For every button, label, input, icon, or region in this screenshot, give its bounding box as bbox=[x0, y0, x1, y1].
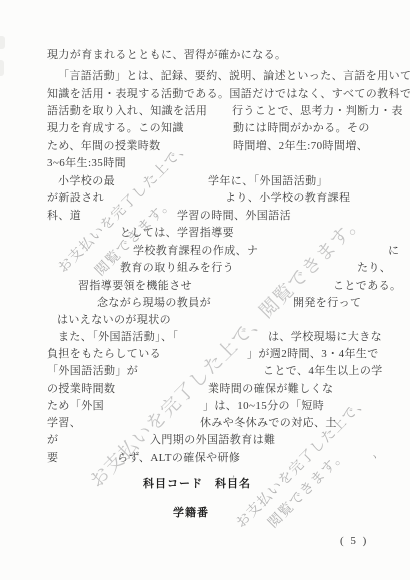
text-line-segment: 入門期の外国語教育は難 bbox=[150, 434, 275, 447]
text-line-segment: 要 bbox=[47, 452, 58, 465]
text-line-segment: 時間増、2年生:70時間増、 bbox=[233, 140, 368, 153]
text-line-segment: 開発を行って bbox=[293, 297, 361, 310]
heading-label: 学籍番 bbox=[173, 507, 209, 520]
text-line-segment: たり、 bbox=[357, 262, 391, 275]
text-line-segment: 行うことで、思考力・判断力・表 bbox=[232, 105, 403, 118]
text-line-segment: 現力を育成する。この知識 bbox=[47, 122, 184, 135]
text-line-segment: は、学校現場に大きな bbox=[268, 331, 382, 344]
text-line-segment: らず、ALTの確保や研修 bbox=[117, 452, 240, 465]
text-line-segment: 念ながら現場の教員が bbox=[97, 297, 211, 310]
text-line-segment: ため、年間の授業時数 bbox=[47, 140, 161, 153]
stray-mark: ʼ bbox=[232, 475, 235, 484]
text-line-segment: 現力が育まれるとともに、習得が確かになる。 bbox=[47, 49, 286, 62]
text-line-segment: に bbox=[388, 245, 399, 258]
text-line-segment: 業時間の確保が難しくな bbox=[208, 383, 333, 396]
text-line-segment: 語活動を取り入れ、知識を活用 bbox=[47, 105, 207, 118]
scan-artifact bbox=[0, 60, 4, 76]
text-line-segment: の授業時間数 bbox=[47, 383, 115, 396]
text-line-segment: 学年に、「外国語活動」 bbox=[208, 175, 328, 188]
scan-artifact bbox=[0, 36, 5, 49]
text-line-segment: が新設され bbox=[47, 192, 104, 205]
text-line-segment: 」が週2時間、3・4年生で bbox=[247, 348, 379, 361]
payment-watermark: お支払いを完了した上で、 bbox=[233, 393, 370, 530]
text-line-segment: 動には時間がかかる。その bbox=[233, 122, 370, 135]
text-line-segment: はいえないのが現状の bbox=[57, 314, 171, 327]
text-line-segment: 教育の取り組みを行う bbox=[120, 262, 234, 275]
text-line-segment: 休みや冬休みでの対応、土 bbox=[200, 417, 337, 430]
text-line-segment: 学習の時間、外国語活 bbox=[177, 210, 291, 223]
stray-mark: ヽ bbox=[370, 453, 379, 462]
text-line-segment: 」は、10~15分の「短時 bbox=[203, 400, 324, 413]
text-line-segment: 科、道 bbox=[47, 210, 81, 223]
text-line-segment: 「言語活動」とは、記録、要約、説明、論述といった、言語を用いて bbox=[58, 70, 410, 83]
text-line-segment: 習指導要領を機能させ bbox=[78, 280, 192, 293]
text-line-segment: ことである。 bbox=[333, 280, 401, 293]
text-line-segment: 知識を活用・表現する活動である。国語だけではなく、すべての教科で言 bbox=[47, 88, 410, 101]
text-line-segment: が bbox=[47, 434, 58, 447]
text-line-segment: 小学校の最 bbox=[58, 175, 115, 188]
text-line-segment: ため「外国 bbox=[47, 400, 104, 413]
document-page: お支払いを完了した上で、閲覧できます。お支払いを完了した上で、閲覧できます。お支… bbox=[0, 0, 410, 580]
text-line-segment: 3~6年生:35時間 bbox=[47, 157, 126, 170]
text-line-segment: 学校教育課程の作成、ナ bbox=[133, 245, 258, 258]
text-line-segment: ことで、4年生以上の学 bbox=[263, 365, 383, 378]
text-line-segment: より、小学校の教育課程 bbox=[225, 192, 350, 205]
text-line-segment: 「外国語活動」が bbox=[47, 365, 138, 378]
page-number: ( 5 ) bbox=[340, 535, 368, 547]
text-line-segment: また、「外国語活動」、「 bbox=[58, 331, 178, 344]
text-line-segment: としては、学習指導要 bbox=[120, 227, 234, 240]
text-line-segment: 学習、 bbox=[47, 417, 81, 430]
text-line-segment: 負担をもたらしている bbox=[47, 348, 161, 361]
